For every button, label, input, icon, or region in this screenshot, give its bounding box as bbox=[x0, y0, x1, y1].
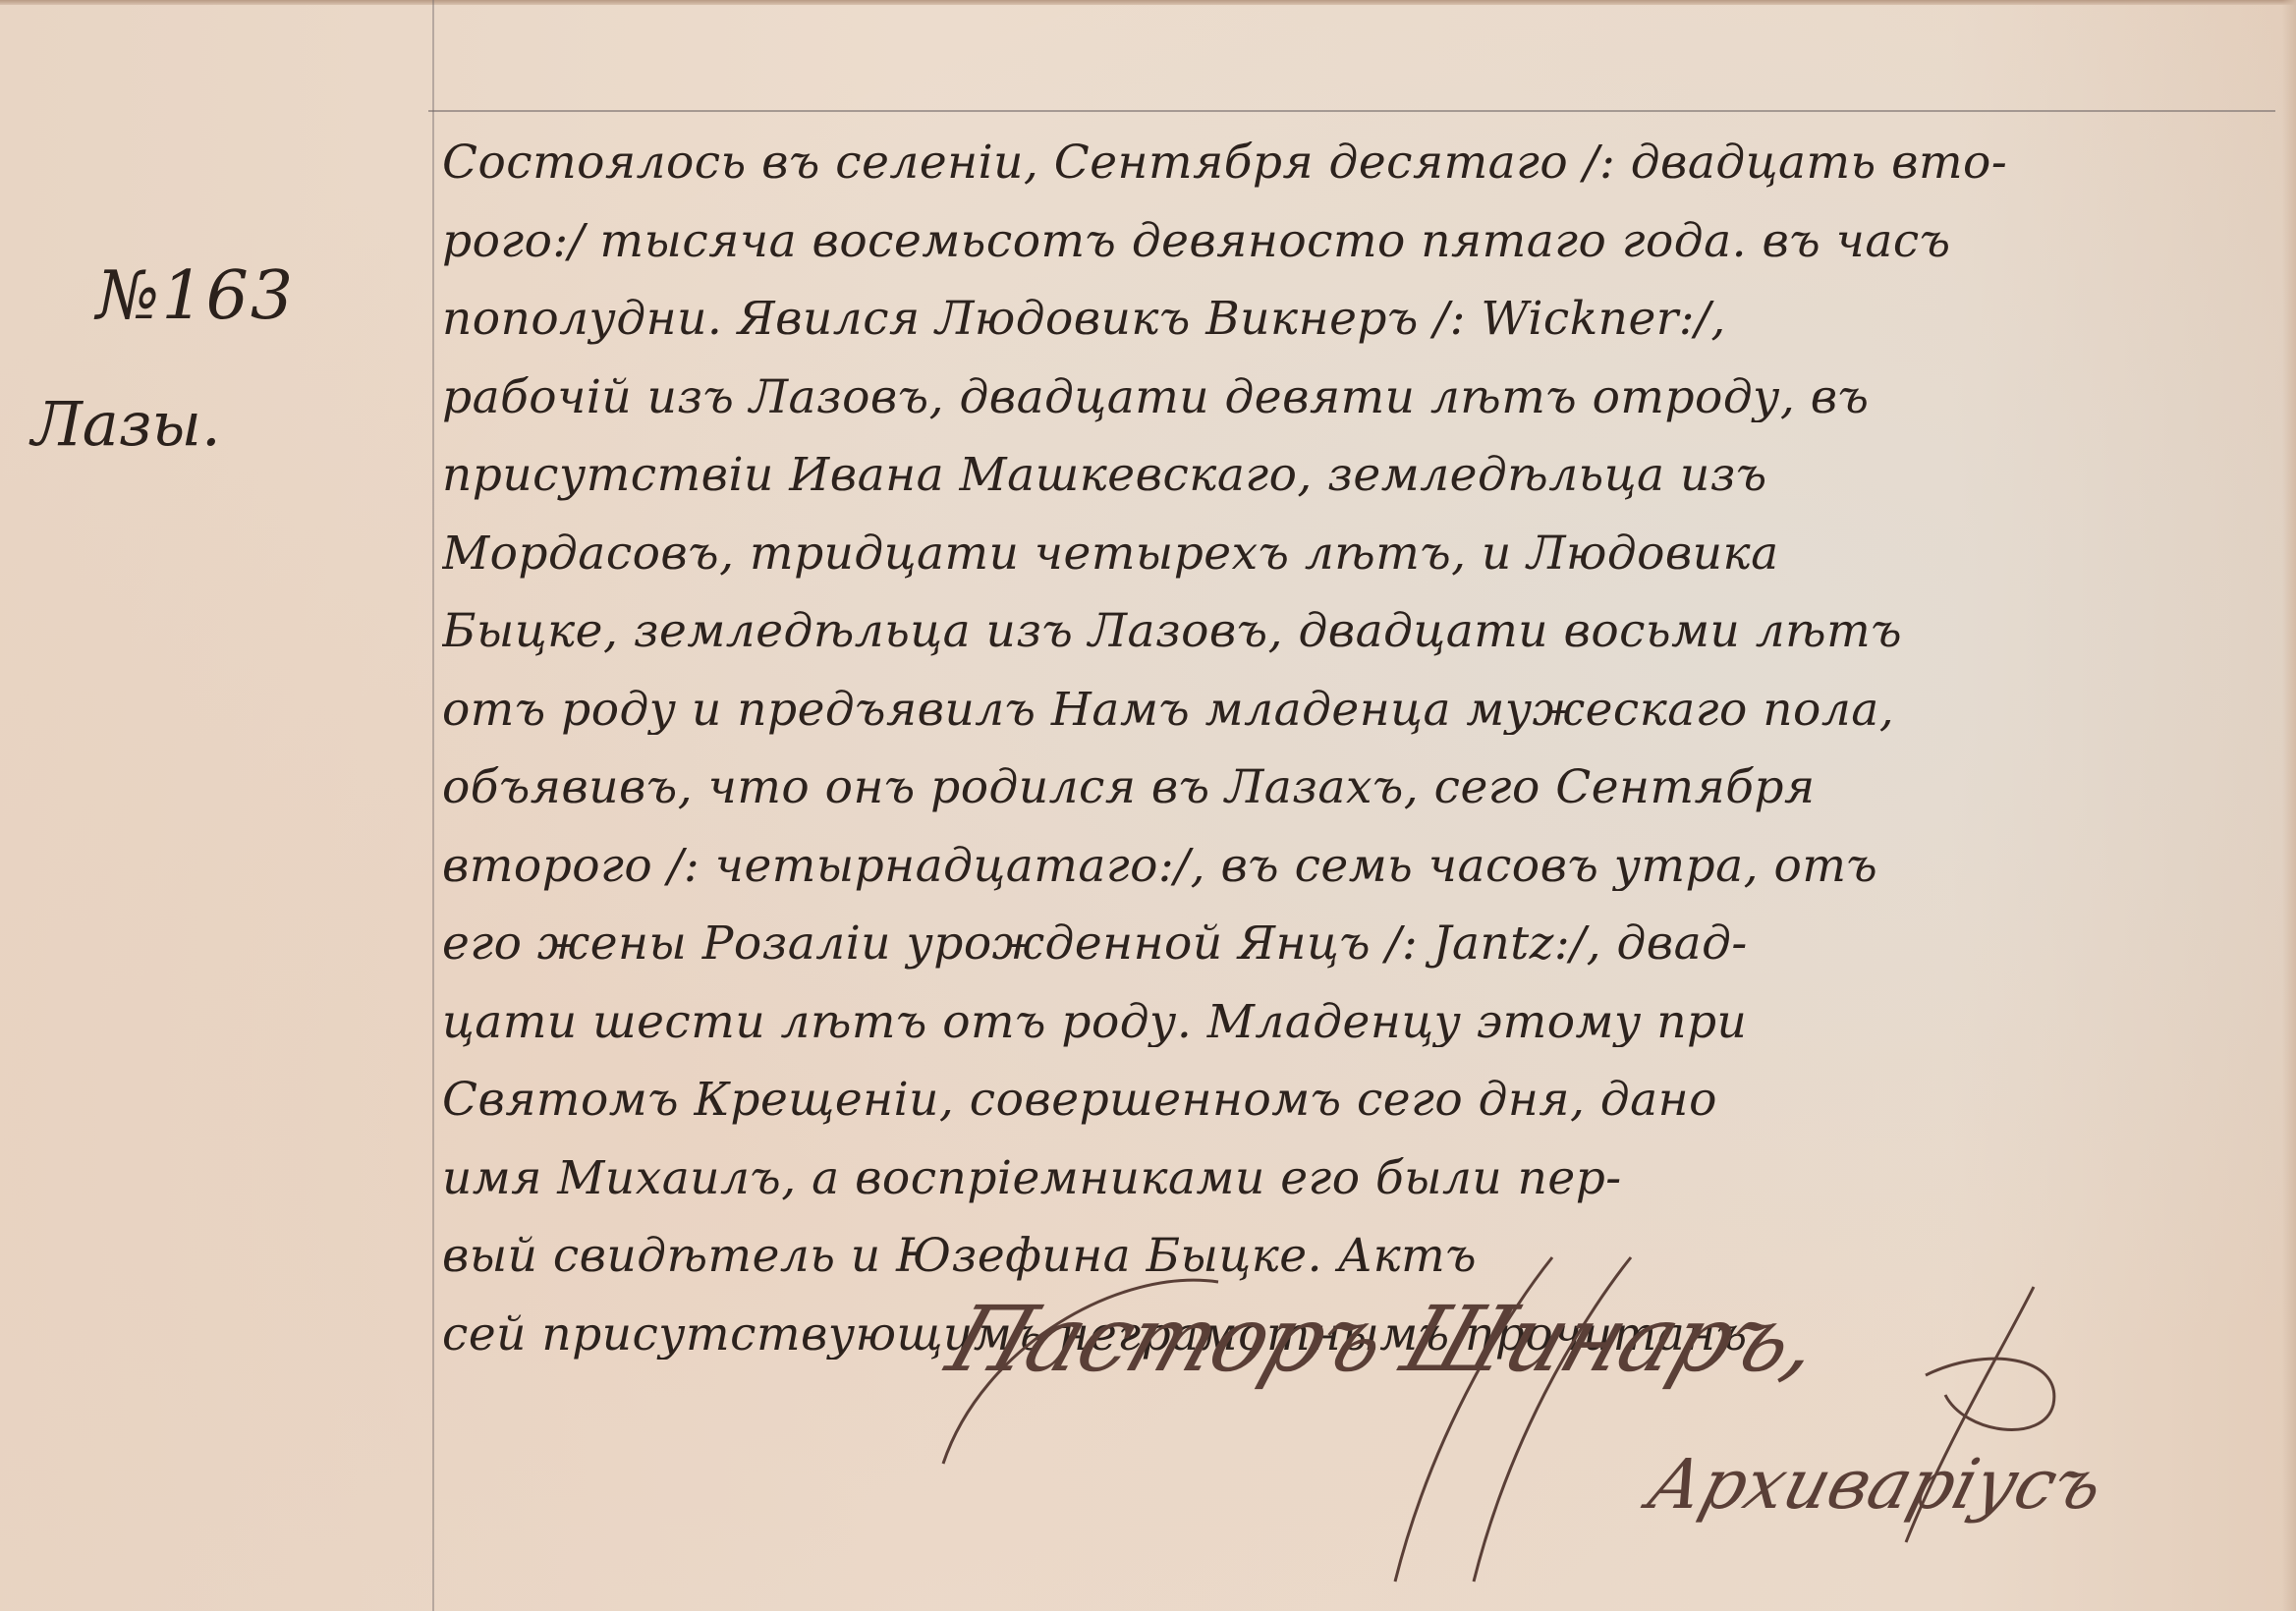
text-line: Состоялось въ селеніи, Сентября десятаго… bbox=[442, 110, 2269, 189]
text-line: рого:/ тысяча восемьсотъ девяносто пятаг… bbox=[442, 189, 2269, 267]
margin-rule-line bbox=[432, 0, 434, 1611]
margin-column: №163 Лазы. bbox=[0, 0, 432, 1611]
text-line: Мордасовъ, тридцати четырехъ лѣтъ, и Люд… bbox=[442, 501, 2269, 580]
text-line: присутствіи Ивана Машкевскаго, земледѣль… bbox=[442, 422, 2269, 501]
village-name: Лазы. bbox=[31, 388, 221, 460]
signature-name: Пасторъ Шинаръ, bbox=[936, 1287, 1833, 1392]
text-line: второго /: четырнадцатаго:/, въ семь час… bbox=[442, 813, 2269, 892]
text-line: пополудни. Явился Людовикъ Викнеръ /: Wi… bbox=[442, 266, 2269, 345]
record-number: №163 bbox=[96, 257, 295, 335]
signature-flourish-icon bbox=[924, 1228, 2201, 1611]
text-line: его жены Розаліи урожденной Янцъ /: Jant… bbox=[442, 891, 2269, 970]
record-body: Состоялось въ селеніи, Сентября десятаго… bbox=[442, 110, 2269, 1360]
register-page: ​ №163 Лазы. Состоялось въ селеніи, Сент… bbox=[0, 0, 2296, 1611]
text-line: имя Михаилъ, а воспріемниками его были п… bbox=[442, 1126, 2269, 1204]
text-line: Святомъ Крещеніи, совершенномъ сего дня,… bbox=[442, 1047, 2269, 1126]
signature-block: Пасторъ Шинаръ, Архиваріусъ bbox=[924, 1228, 2201, 1611]
text-line: цати шести лѣтъ отъ роду. Младенцу этому… bbox=[442, 970, 2269, 1048]
text-line: рабочій изъ Лазовъ, двадцати девяти лѣтъ… bbox=[442, 345, 2269, 423]
signature-title: Архиваріусъ bbox=[1640, 1444, 2112, 1525]
text-line: отъ роду и предъявилъ Намъ младенца муже… bbox=[442, 657, 2269, 736]
page-right-edge bbox=[2282, 0, 2296, 1611]
text-line: Быцке, земледѣльца изъ Лазовъ, двадцати … bbox=[442, 579, 2269, 657]
text-line: объявивъ, что онъ родился въ Лазахъ, сег… bbox=[442, 735, 2269, 813]
